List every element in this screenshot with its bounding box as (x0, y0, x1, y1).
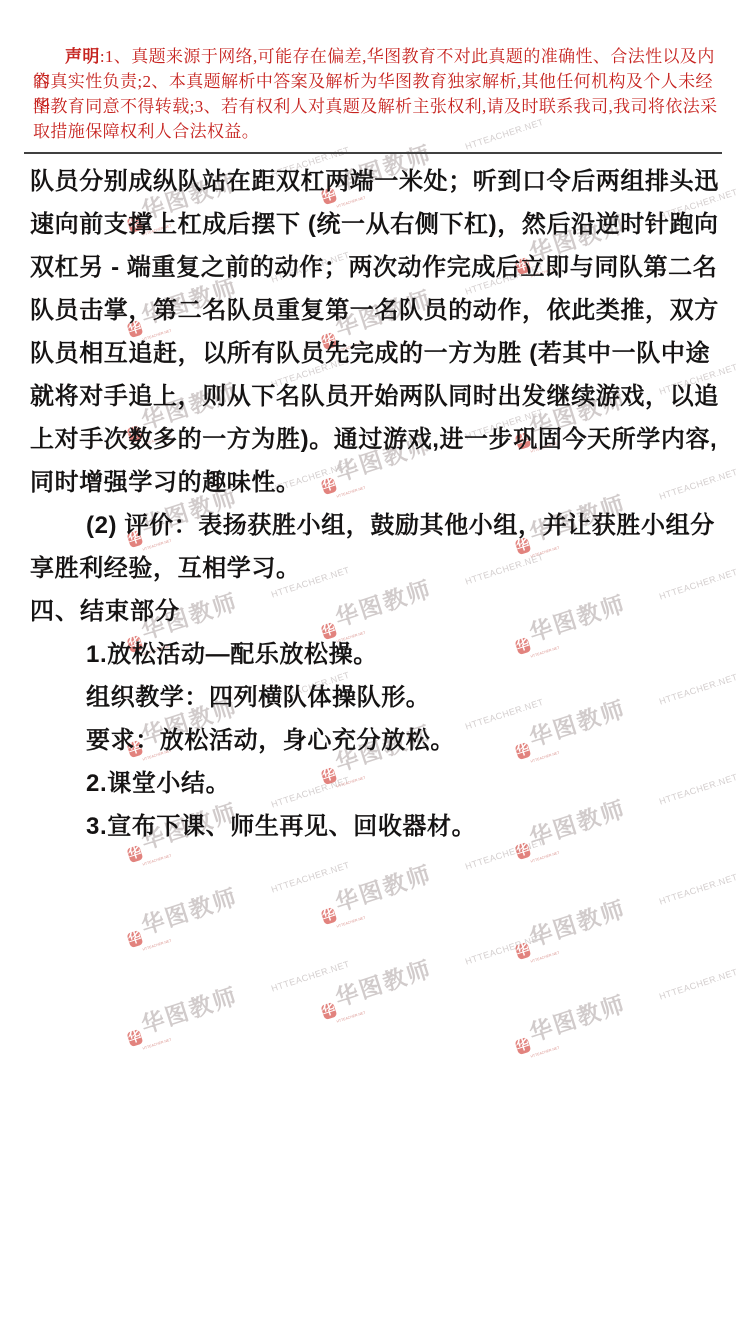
watermark-cn-text: 华图教师 (526, 990, 629, 1047)
text-line: 速向前支撑上杠成后摆下 (统一从右侧下杠)，然后沿逆时针跑向 (30, 203, 722, 246)
text-line: 队员击掌，第二名队员重复第一名队员的动作，依此类推，双方 (30, 289, 722, 332)
text-line: 同时增强学习的趣味性。 (30, 461, 722, 504)
disclaimer-line-3: 图教育同意不得转载;3、若有权利人对真题及解析主张权利,请及时联系我司,我司将依… (33, 94, 723, 119)
section-divider (24, 152, 722, 154)
watermark-text-group: 华图教师 HTTEACHER.NET (524, 855, 740, 953)
watermark-en-text: HTTEACHER.NET (658, 872, 739, 907)
huatu-logo-icon: 华 (514, 1037, 531, 1055)
huatu-logo-badge: 华 HTTEACHER.NET (320, 999, 339, 1023)
watermark-cn-text: 华图教师 (138, 982, 241, 1039)
watermark-text-group: 华图教师 HTTEACHER.NET (524, 950, 740, 1048)
text-line: 2.课堂小结。 (30, 762, 722, 805)
disclaimer-line-1: 声明:1、真题来源于网络,可能存在偏差,华图教育不对此真题的准确性、合法性以及内… (33, 44, 723, 69)
watermark-badge-caption: HTTEACHER.NET (530, 851, 557, 863)
watermark-badge-caption: HTTEACHER.NET (142, 1038, 169, 1050)
text-line: 组织教学：四列横队体操队形。 (30, 676, 722, 719)
watermark-badge-caption: HTTEACHER.NET (530, 1046, 557, 1058)
section-heading: 四、结束部分 (30, 590, 722, 633)
document-page: 华 HTTEACHER.NET 华图教师 HTTEACHER.NET 华 HTT… (0, 0, 748, 1335)
text-line: 1.放松活动—配乐放松操。 (30, 633, 722, 676)
disclaimer: 声明:1、真题来源于网络,可能存在偏差,华图教育不对此真题的准确性、合法性以及内… (33, 44, 723, 144)
text-line: 双杠另 - 端重复之前的动作；两次动作完成后立即与同队第二名 (30, 246, 722, 289)
watermark-en-text: HTTEACHER.NET (658, 967, 739, 1002)
disclaimer-prefix: 声明 (65, 47, 100, 66)
text-line: (2) 评价：表扬获胜小组，鼓励其他小组，并让获胜小组分 (30, 504, 722, 547)
watermark-badge-caption: HTTEACHER.NET (336, 1011, 363, 1023)
huatu-logo-icon: 华 (320, 1002, 337, 1020)
disclaimer-line-4: 取措施保障权利人合法权益。 (33, 119, 723, 144)
huatu-watermark: 华 HTTEACHER.NET 华图教师 HTTEACHER.NET (508, 950, 742, 1058)
watermark-cn-text: 华图教师 (138, 883, 241, 940)
huatu-logo-icon: 华 (320, 907, 337, 925)
body-text: 队员分别成纵队站在距双杠两端一米处；听到口令后两组排头迅速向前支撑上杠成后摆下 … (30, 160, 722, 848)
text-line: 享胜利经验，互相学习。 (30, 547, 722, 590)
watermark-cn-text: 华图教师 (526, 895, 629, 952)
huatu-logo-icon: 华 (126, 930, 143, 948)
huatu-logo-badge: 华 HTTEACHER.NET (126, 927, 145, 951)
text-line: 队员分别成纵队站在距双杠两端一米处；听到口令后两组排头迅 (30, 160, 722, 203)
text-line: 就将对手追上，则从下名队员开始两队同时出发继续游戏，以追 (30, 375, 722, 418)
watermark-badge-caption: HTTEACHER.NET (142, 854, 169, 866)
huatu-logo-icon: 华 (126, 1029, 143, 1047)
huatu-logo-badge: 华 HTTEACHER.NET (320, 904, 339, 928)
text-line: 队员相互追赶，以所有队员先完成的一方为胜 (若其中一队中途 (30, 332, 722, 375)
text-line: 要求：放松活动，身心充分放松。 (30, 719, 722, 762)
watermark-badge-caption: HTTEACHER.NET (142, 939, 169, 951)
huatu-watermark: 华 HTTEACHER.NET 华图教师 HTTEACHER.NET (508, 855, 742, 963)
watermark-badge-caption: HTTEACHER.NET (336, 916, 363, 928)
text-line: 3.宣布下课、师生再见、回收器材。 (30, 805, 722, 848)
text-line: 上对手次数多的一方为胜)。通过游戏,进一步巩固今天所学内容, (30, 418, 722, 461)
huatu-logo-badge: 华 HTTEACHER.NET (126, 1026, 145, 1050)
disclaimer-line-2: 的真实性负责;2、本真题解析中答案及解析为华图教育独家解析,其他任何机构及个人未… (33, 69, 723, 94)
watermark-badge-caption: HTTEACHER.NET (530, 951, 557, 963)
huatu-logo-badge: 华 HTTEACHER.NET (514, 1034, 533, 1058)
